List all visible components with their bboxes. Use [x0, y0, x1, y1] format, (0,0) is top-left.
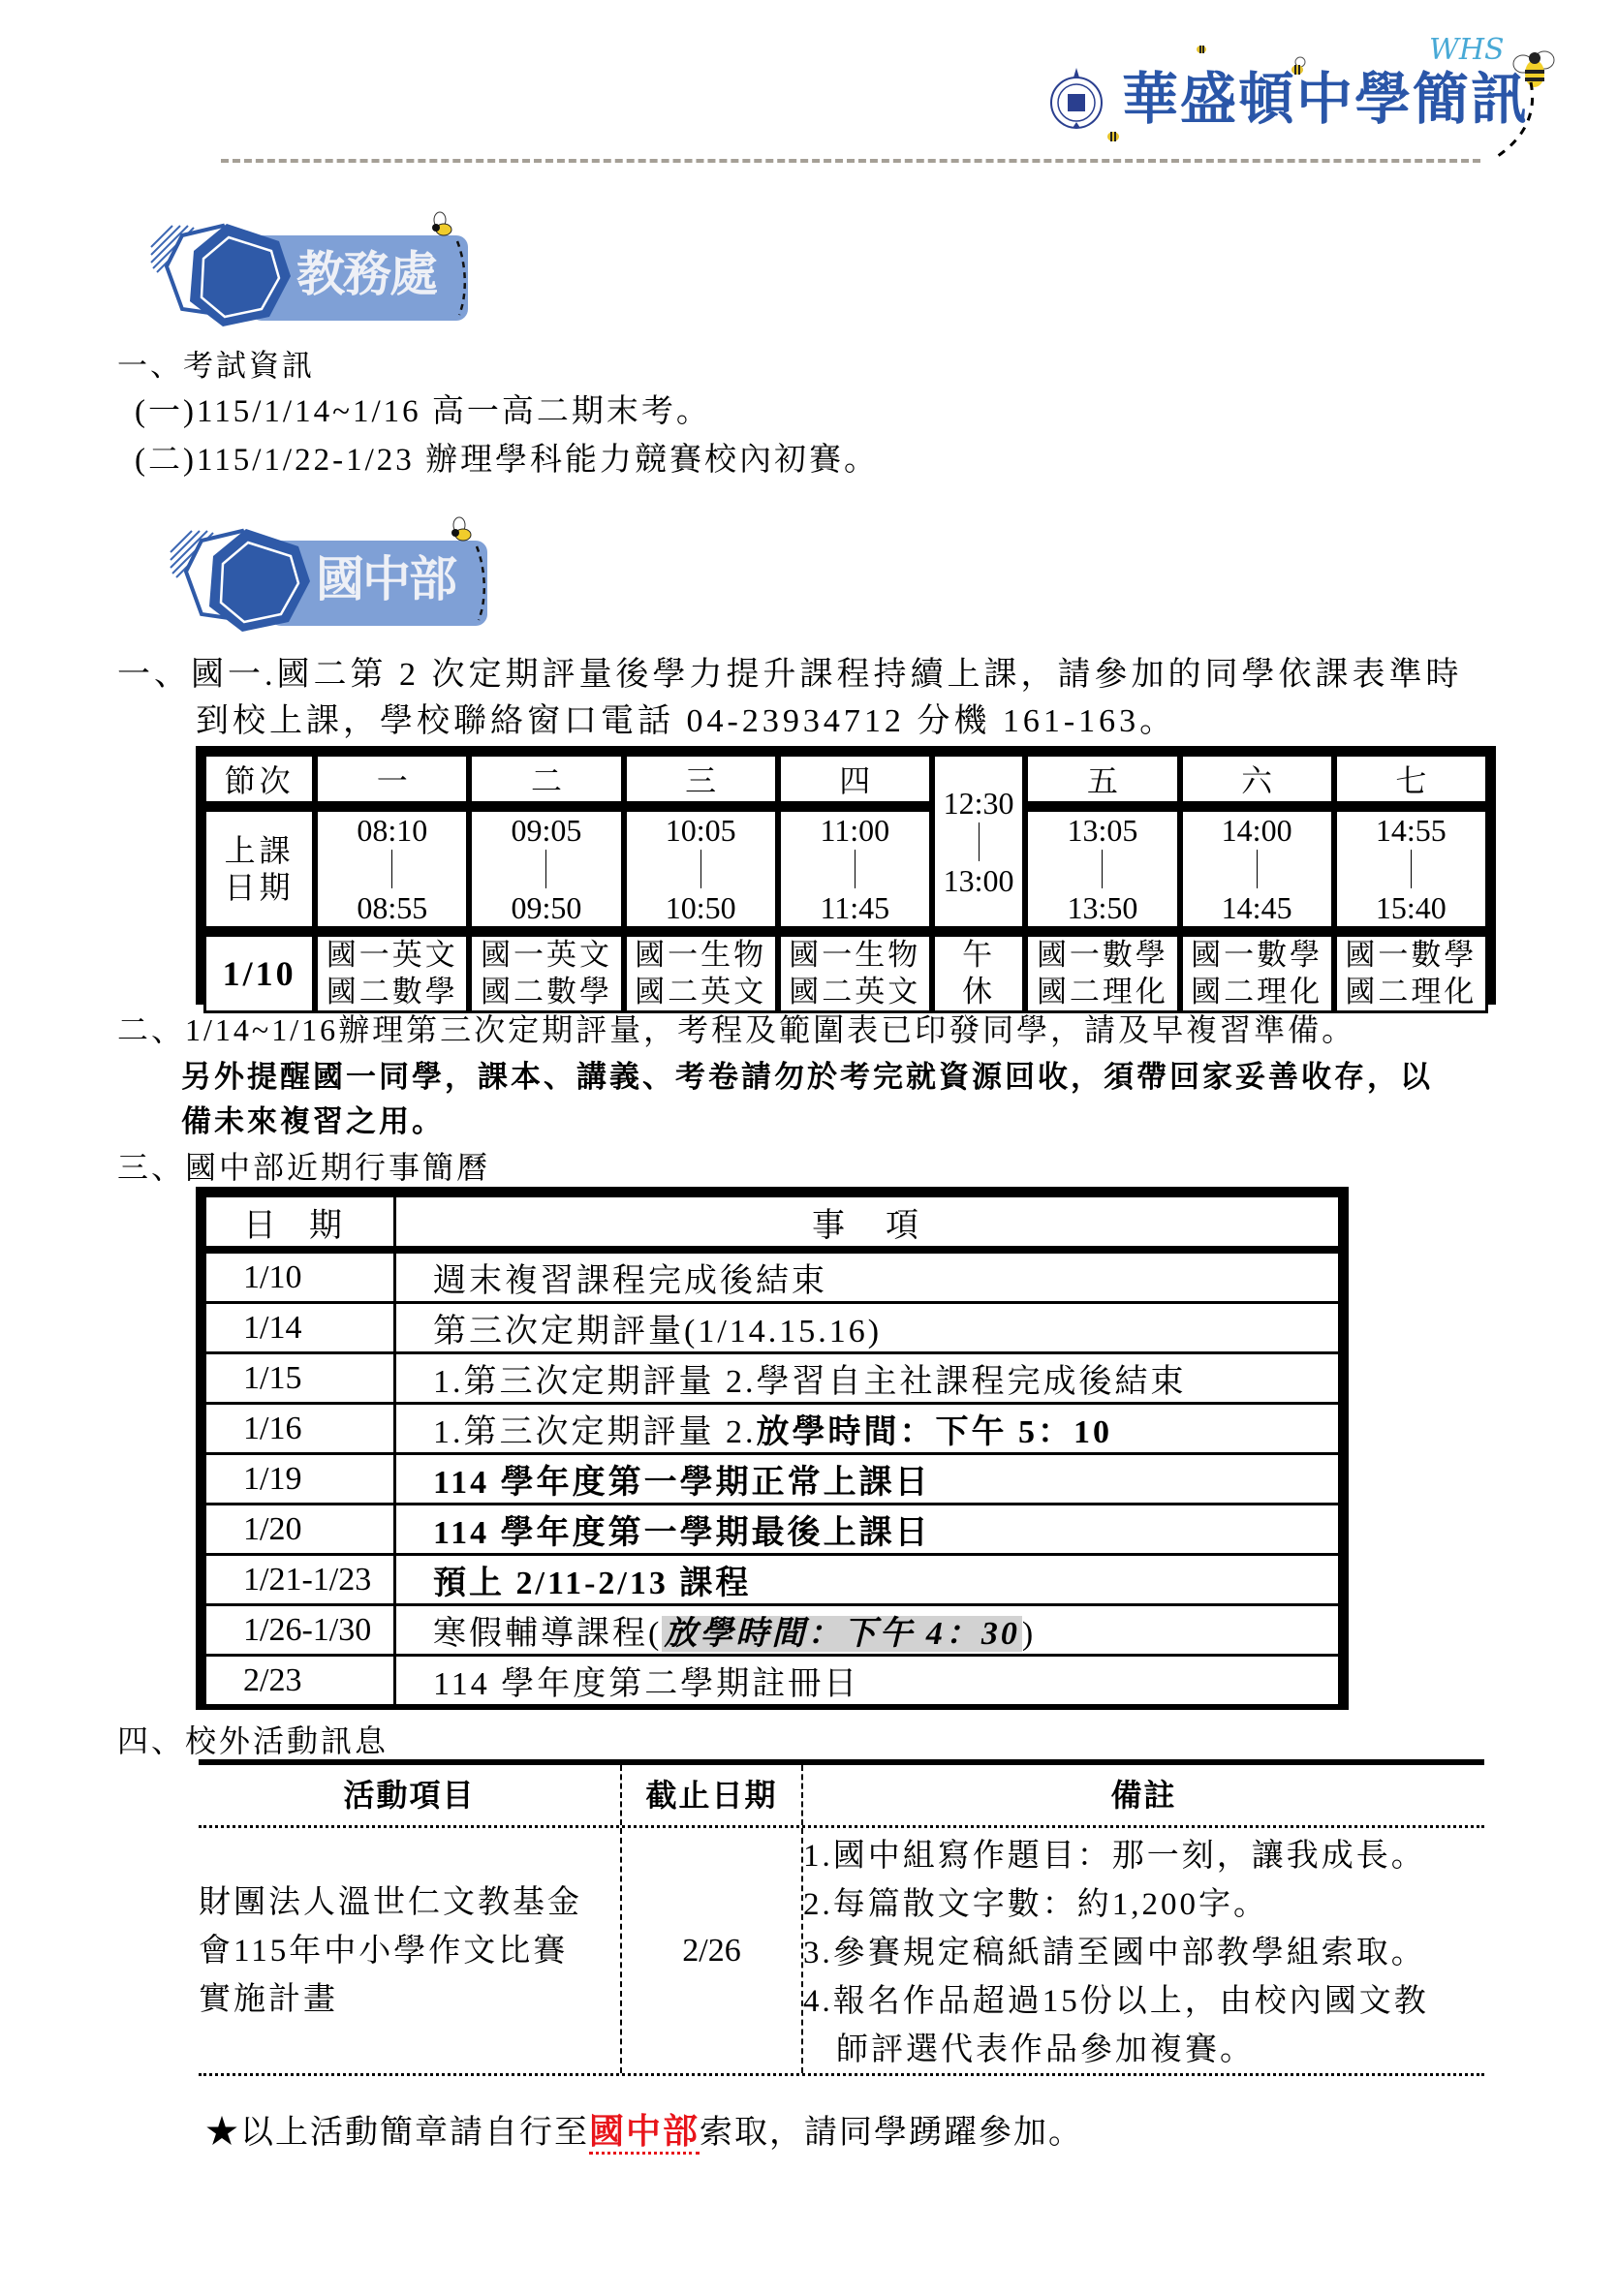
calendar-row: 1/14第三次定期評量(1/14.15.16) [205, 1303, 1340, 1353]
calendar-col-date: 日 期 [205, 1196, 395, 1251]
exam-info-heading: 一、考試資訊 [117, 341, 315, 385]
period-header: 一 [315, 754, 469, 809]
calendar-event: 114 學年度第二學期註冊日 [395, 1656, 1340, 1706]
calendar-event: 1.第三次定期評量 2.學習自主社課程完成後結束 [395, 1353, 1340, 1404]
bee-trail-icon [1492, 78, 1570, 165]
lunch-start: 12:30 [935, 786, 1023, 821]
row-label-line: 日期 [225, 870, 295, 905]
exam-info-item: (二)115/1/22-1/23 辦理學科能力競賽校內初賽。 [135, 434, 879, 480]
calendar-row: 1/20114 學年度第一學期最後上課日 [205, 1505, 1340, 1555]
lunch-break-cell: 午休 [932, 934, 1026, 1013]
exam-info-item: (一)115/1/14~1/16 高一高二期末考。 [135, 386, 711, 431]
calendar-date: 1/10 [205, 1250, 395, 1303]
note-item: 3.參賽規定稿紙請至國中部教學組索取。 [803, 1929, 1484, 1977]
bee-icon [1105, 126, 1122, 145]
activity-header-row: 活動項目 截止日期 備註 [199, 1765, 1484, 1828]
subject-cell: 國一英文國二數學 [315, 934, 469, 1013]
period-header: 六 [1180, 754, 1334, 809]
class-schedule-table: 節次 一 二 三 四 12:30 13:00 五 六 七 上課 日期 08:10… [196, 746, 1496, 1005]
class-date: 1/10 [203, 934, 315, 1013]
col-deadline: 截止日期 [622, 1765, 803, 1825]
calendar-date: 1/26-1/30 [205, 1605, 395, 1656]
calendar-date: 1/20 [205, 1505, 395, 1555]
section-badge-academic-affairs: 教務處 [143, 208, 473, 329]
period-time: 14:5515:40 [1334, 809, 1488, 934]
note-item: 師評選代表作品參加複賽。 [803, 2026, 1484, 2074]
col-notes: 備註 [803, 1765, 1484, 1825]
period-label: 節次 [203, 754, 315, 809]
calendar-heading: 三、國中部近期行事簡曆 [117, 1143, 490, 1188]
calendar-row: 1/26-1/30寒假輔導課程(放學時間：下午 4：30) [205, 1605, 1340, 1656]
bee-icon [1289, 56, 1308, 79]
whs-tag: WHS [1429, 33, 1505, 67]
calendar-row: 1/21-1/23預上 2/11-2/13 課程 [205, 1555, 1340, 1605]
calendar-event: 114 學年度第一學期正常上課日 [395, 1454, 1340, 1505]
junior-item2-line1: 二、1/14~1/16辦理第三次定期評量，考程及範圍表已印發同學，請及早複習準備… [117, 1006, 1355, 1050]
bee-icon [1194, 41, 1209, 56]
calendar-event: 第三次定期評量(1/14.15.16) [395, 1303, 1340, 1353]
period-header: 七 [1334, 754, 1488, 809]
subject-cell: 國一生物國二英文 [778, 934, 932, 1013]
calendar-event: 週末複習課程完成後結束 [395, 1250, 1340, 1303]
footnote-prefix: ★以上活動簡章請自行至 [205, 2115, 589, 2151]
dismissal-time: 放學時間：下午 5：10 [757, 1414, 1113, 1450]
subject-cell: 國一數學國二理化 [1180, 934, 1334, 1013]
subject-cell: 國一數學國二理化 [1334, 934, 1488, 1013]
calendar-col-event: 事 項 [395, 1196, 1340, 1251]
period-time: 11:0011:45 [778, 809, 932, 934]
lunch-end: 13:00 [935, 863, 1023, 898]
calendar-row: 1/19114 學年度第一學期正常上課日 [205, 1454, 1340, 1505]
period-header: 三 [624, 754, 778, 809]
note-item: 1.國中組寫作題目：那一刻，讓我成長。 [803, 1832, 1484, 1880]
header-divider [221, 159, 1480, 163]
row-label-line: 上課 [225, 833, 295, 868]
calendar-row: 1/161.第三次定期評量 2.放學時間：下午 5：10 [205, 1404, 1340, 1454]
period-time: 13:0513:50 [1025, 809, 1179, 934]
time-separator [979, 822, 980, 861]
junior-item2-bold1: 另外提醒國一同學，課本、講義、考卷請勿於考完就資源回收，須帶回家妥善收存，以 [181, 1052, 1433, 1096]
activity-table: 活動項目 截止日期 備註 財團法人溫世仁文教基金 會115年中小學作文比賽 實施… [199, 1759, 1484, 2076]
activities-footnote: ★以上活動簡章請自行至國中部索取，請同學踴躍參加。 [205, 2104, 1083, 2154]
period-time: 10:0510:50 [624, 809, 778, 934]
calendar-event: 寒假輔導課程(放學時間：下午 4：30) [395, 1605, 1340, 1656]
calendar-date: 1/21-1/23 [205, 1555, 395, 1605]
period-header: 五 [1025, 754, 1179, 809]
footnote-suffix: 索取，請同學踴躍參加。 [700, 2115, 1083, 2151]
period-time: 09:0509:50 [469, 809, 623, 934]
lunch-time-cell: 12:30 13:00 [932, 754, 1026, 934]
school-crest-icon [1049, 66, 1104, 134]
section-badge-junior-high: 國中部 [163, 513, 492, 635]
activity-deadline: 2/26 [622, 1828, 803, 2073]
calendar-date: 1/16 [205, 1404, 395, 1454]
junior-item1-line2: 到校上課，學校聯絡窗口電話 04-23934712 分機 161-163。 [196, 694, 1176, 741]
calendar-event: 114 學年度第一學期最後上課日 [395, 1505, 1340, 1555]
schedule-subject-row: 1/10 國一英文國二數學 國一英文國二數學 國一生物國二英文 國一生物國二英文… [203, 934, 1488, 1013]
period-time: 14:0014:45 [1180, 809, 1334, 934]
junior-item2-bold2: 備未來複習之用。 [181, 1097, 445, 1140]
newsletter-title: 華盛頓中學簡訊 [1122, 60, 1529, 138]
schedule-header-row: 節次 一 二 三 四 12:30 13:00 五 六 七 [203, 754, 1488, 809]
calendar-row: 2/23114 學年度第二學期註冊日 [205, 1656, 1340, 1706]
activities-heading: 四、校外活動訊息 [117, 1717, 389, 1761]
subject-cell: 國一生物國二英文 [624, 934, 778, 1013]
col-activity: 活動項目 [199, 1765, 622, 1825]
subject-cell: 國一英文國二數學 [469, 934, 623, 1013]
activity-row: 財團法人溫世仁文教基金 會115年中小學作文比賽 實施計畫 2/26 1.國中組… [199, 1828, 1484, 2076]
calendar-date: 2/23 [205, 1656, 395, 1706]
activity-notes: 1.國中組寫作題目：那一刻，讓我成長。 2.每篇散文字數：約1,200字。 3.… [803, 1828, 1484, 2073]
calendar-date: 1/19 [205, 1454, 395, 1505]
calendar-date: 1/14 [205, 1303, 395, 1353]
period-header: 二 [469, 754, 623, 809]
activity-name: 財團法人溫世仁文教基金 會115年中小學作文比賽 實施計畫 [199, 1828, 622, 2073]
note-item: 2.每篇散文字數：約1,200字。 [803, 1880, 1484, 1929]
badge-label: 國中部 [316, 541, 455, 610]
time-row-label: 上課 日期 [203, 809, 315, 934]
note-item: 4.報名作品超過15份以上，由校內國文教 [803, 1977, 1484, 2026]
event-calendar-table: 日 期 事 項 1/10週末複習課程完成後結束 1/14第三次定期評量(1/14… [196, 1187, 1349, 1710]
calendar-row: 1/10週末複習課程完成後結束 [205, 1250, 1340, 1303]
schedule-time-row: 上課 日期 08:1008:55 09:0509:50 10:0510:50 1… [203, 809, 1488, 934]
calendar-date: 1/15 [205, 1353, 395, 1404]
newsletter-header: 華盛頓中學簡訊 WHS [0, 0, 1618, 165]
calendar-header-row: 日 期 事 項 [205, 1196, 1340, 1251]
calendar-row: 1/151.第三次定期評量 2.學習自主社課程完成後結束 [205, 1353, 1340, 1404]
badge-label: 教務處 [296, 235, 436, 305]
calendar-event: 1.第三次定期評量 2.放學時間：下午 5：10 [395, 1404, 1340, 1454]
junior-item1-line1: 一、國一.國二第 2 次定期評量後學力提升課程持續上課，請參加的同學依課表準時 [117, 647, 1463, 695]
subject-cell: 國一數學國二理化 [1025, 934, 1179, 1013]
calendar-event: 預上 2/11-2/13 課程 [395, 1555, 1340, 1605]
footnote-highlight: 國中部 [589, 2112, 700, 2155]
period-time: 08:1008:55 [315, 809, 469, 934]
highlighted-dismissal-time: 放學時間：下午 4：30 [662, 1616, 1022, 1652]
period-header: 四 [778, 754, 932, 809]
